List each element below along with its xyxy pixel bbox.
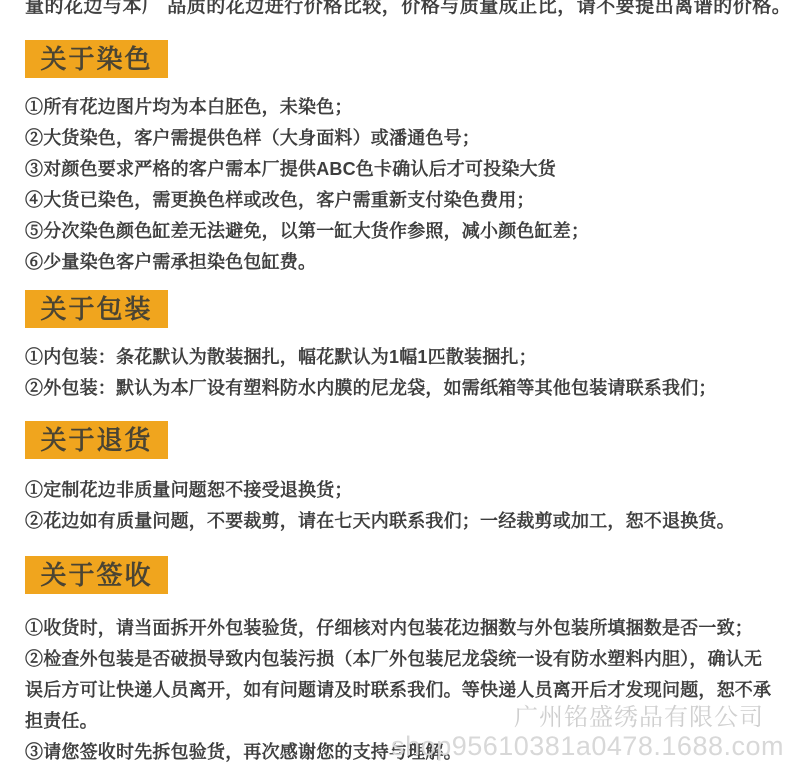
section-header-signing: 关于签收	[25, 556, 168, 594]
watermark-shop-url: shop95610381a0478.1688.com	[391, 731, 784, 762]
notice-line: ②花边如有质量问题，不要裁剪，请在七天内联系我们；一经裁剪或加工，恕不退换货。	[25, 506, 775, 537]
notice-line: ⑤分次染色颜色缸差无法避免，以第一缸大货作参照，减小颜色缸差；	[25, 216, 775, 247]
notice-line: ⑥少量染色客户需承担染色包缸费。	[25, 247, 775, 278]
notice-line: ①定制花边非质量问题恕不接受退换货；	[25, 475, 775, 506]
notice-line: ④大货已染色，需更换色样或改色，客户需重新支付染色费用；	[25, 185, 775, 216]
notice-line: ②大货染色，客户需提供色样（大身面料）或潘通色号；	[25, 123, 775, 154]
notice-line: ①内包装：条花默认为散装捆扎，幅花默认为1幅1匹散装捆扎；	[25, 342, 775, 373]
section-header-packing: 关于包装	[25, 290, 168, 328]
notice-line: ①所有花边图片均为本白胚色，未染色；	[25, 92, 775, 123]
notice-line: ②外包装：默认为本厂设有塑料防水内膜的尼龙袋，如需纸箱等其他包装请联系我们；	[25, 373, 775, 404]
notice-line: ①收货时，请当面拆开外包装验货，仔细核对内包装花边捆数与外包装所填捆数是否一致；	[25, 613, 775, 644]
section-header-returns: 关于退货	[25, 421, 168, 459]
section-returns-items: ①定制花边非质量问题恕不接受退换货； ②花边如有质量问题，不要裁剪，请在七天内联…	[25, 475, 775, 537]
notice-content: 关于染色 ①所有花边图片均为本白胚色，未染色； ②大货染色，客户需提供色样（大身…	[25, 0, 775, 768]
watermark-company-name: 广州铭盛绣品有限公司	[514, 697, 764, 732]
section-dyeing-items: ①所有花边图片均为本白胚色，未染色； ②大货染色，客户需提供色样（大身面料）或潘…	[25, 92, 775, 278]
section-header-dyeing: 关于染色	[25, 40, 168, 78]
section-packing-items: ①内包装：条花默认为散装捆扎，幅花默认为1幅1匹散装捆扎； ②外包装：默认为本厂…	[25, 342, 775, 404]
notice-line: ③对颜色要求严格的客户需本厂提供ABC色卡确认后才可投染大货	[25, 154, 775, 185]
